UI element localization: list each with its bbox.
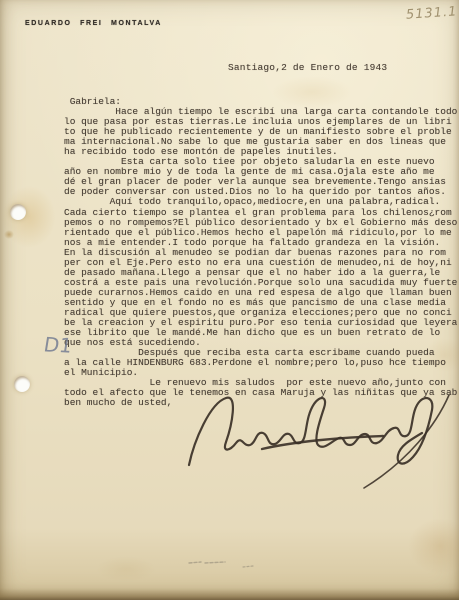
dateline: Santiago,2 de Enero de 1943 [228, 62, 387, 73]
paper-stain [408, 518, 459, 574]
eduardo-frei-signature-icon [170, 385, 459, 500]
archive-number-note: 5131.1 [406, 4, 458, 23]
paper-stain [2, 186, 56, 248]
letterhead-name: EDUARDO FREI MONTALVA [25, 20, 162, 27]
letter-page: EDUARDO FREI MONTALVA 5131.1 Santiago,2 … [0, 0, 459, 600]
punch-hole-top [10, 204, 26, 220]
letter-body-text: Gabriela: Hace algún tiempo le escribí u… [64, 97, 457, 408]
paper-stain [4, 230, 14, 239]
margin-pencil-note: D1 [42, 332, 74, 357]
paper-stain [96, 556, 156, 582]
paper-bottom-edge-shadow [0, 588, 459, 600]
pencil-scribble-icon [185, 558, 275, 572]
punch-hole-bottom [14, 376, 30, 392]
